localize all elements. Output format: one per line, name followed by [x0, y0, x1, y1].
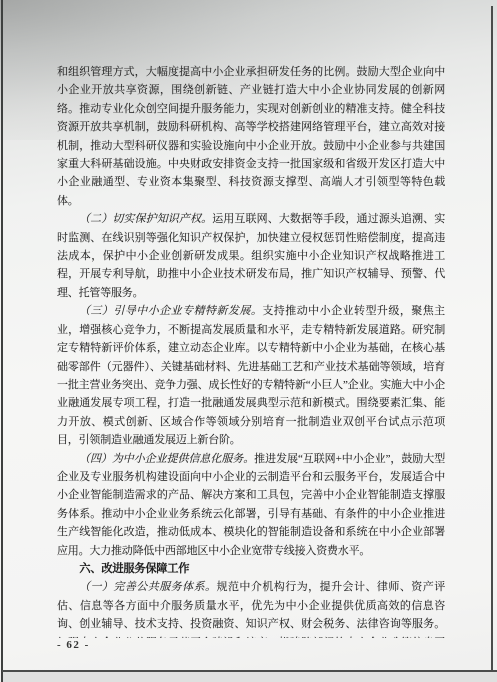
- section-2-body: 运用互联网、大数据等手段，通过源头追溯、实时监测、在线识别等强化知识产权保护，加…: [57, 213, 445, 299]
- section-paragraph-3: （三）引导中小企业专精特新发展。支持推动中小企业转型升级，聚焦主业，增强核心竞争…: [57, 302, 445, 449]
- section-2-lead: （二）切实保护知识产权。: [79, 213, 212, 225]
- page-number: - 62 -: [57, 639, 90, 651]
- page-edge-below-strip: [3, 672, 497, 682]
- section-paragraph-2: （二）切实保护知识产权。运用互联网、大数据等手段，通过源头追溯、实时监测、在线识…: [57, 210, 445, 302]
- section-paragraph-4: （四）为中小企业提供信息化服务。推进发展“互联网+中小企业”，鼓励大型企业及专业…: [57, 450, 445, 560]
- section-paragraph-1-after-heading: （一）完善公共服务体系。规范中介机构行为，提升会计、律师、资产评估、信息等各方面…: [57, 578, 445, 638]
- document-page: 和组织管理方式，大幅度提高中小企业承担研发任务的比例。鼓励大型企业向中小企业开放…: [0, 0, 497, 682]
- section-4-body: 推进发展“互联网+中小企业”，鼓励大型企业及专业服务机构建设面向中小企业的云制造…: [57, 453, 445, 557]
- section-3-lead: （三）引导中小企业专精特新发展。: [79, 305, 262, 317]
- page-edge-left-line: [1, 0, 3, 682]
- page-edge-right-line: [491, 6, 493, 682]
- section-3-body: 支持推动中小企业转型升级，聚焦主业，增强核心竞争力，不断提高发展质量和水平，走专…: [57, 305, 445, 446]
- section-4-lead: （四）为中小企业提供信息化服务。: [79, 453, 254, 465]
- section-1-lead: （一）完善公共服务体系。: [79, 581, 217, 593]
- chapter-six-heading: 六、改进服务保障工作: [57, 560, 445, 578]
- paragraph-continuation: 和组织管理方式，大幅度提高中小企业承担研发任务的比例。鼓励大型企业向中小企业开放…: [57, 63, 445, 210]
- page-body-text: 和组织管理方式，大幅度提高中小企业承担研发任务的比例。鼓励大型企业向中小企业开放…: [57, 63, 445, 638]
